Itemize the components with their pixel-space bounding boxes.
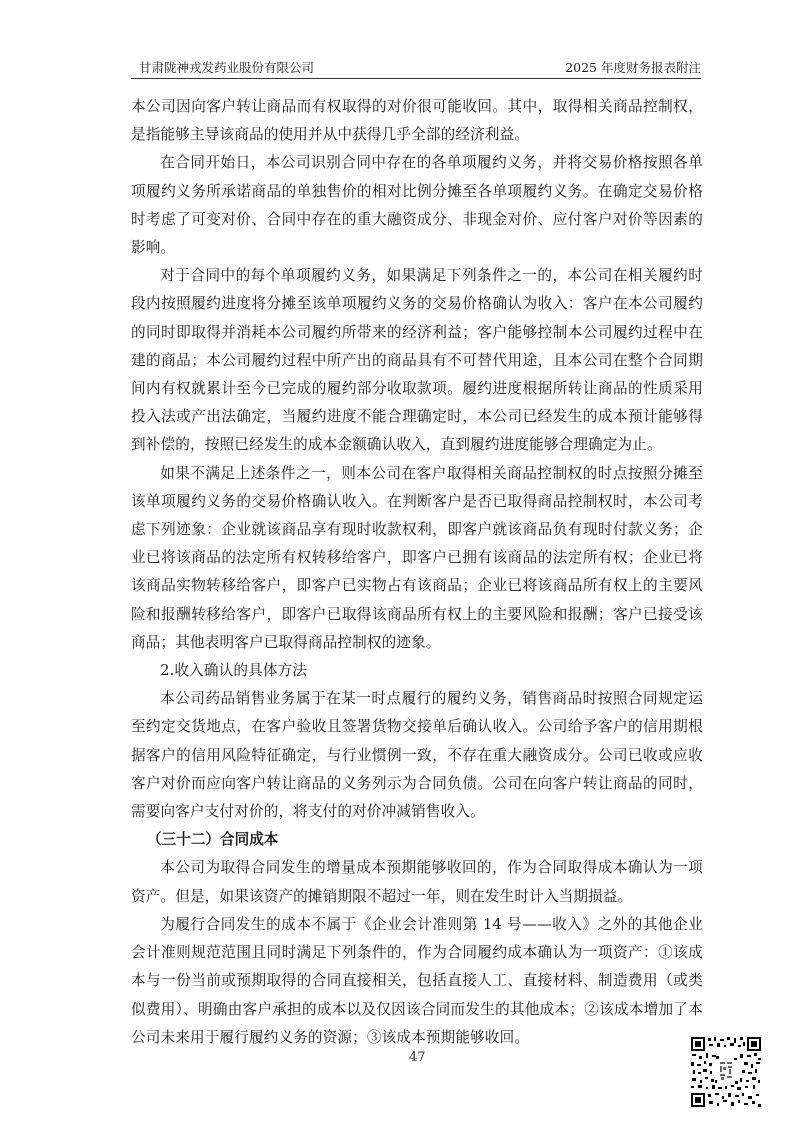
paragraph-point-in-time: 如果不满足上述条件之一，则本公司在客户取得相关商品控制权的时点按照分摊至该单项履…: [131, 460, 703, 657]
company-name: 甘肃陇神戎发药业股份有限公司: [139, 58, 314, 76]
paragraph-control-definition: 本公司因向客户转让商品而有权取得的对价很可能收回。其中，取得相关商品控制权，是指…: [131, 93, 703, 149]
document-body: 本公司因向客户转让商品而有权取得的对价很可能收回。其中，取得相关商品控制权，是指…: [131, 93, 703, 1052]
paragraph-drug-sales: 本公司药品销售业务属于在某一时点履行的履约义务，销售商品时按照合同规定运至约定交…: [131, 685, 703, 826]
report-title: 2025 年度财务报表附注: [565, 58, 701, 76]
section-heading-contract-cost: （三十二）合同成本: [131, 826, 703, 854]
paragraph-acquisition-cost: 本公司为取得合同发生的增量成本预期能够收回的，作为合同取得成本确认为一项资产。但…: [131, 854, 703, 910]
paragraph-fulfilment-cost: 为履行合同发生的成本不属于《企业会计准则第 14 号——收入》之外的其他企业会计…: [131, 911, 703, 1052]
page-number: 47: [409, 1050, 426, 1065]
page-header: 甘肃陇神戎发药业股份有限公司 2025 年度财务报表附注: [131, 56, 701, 79]
paragraph-over-time: 对于合同中的每个单项履约义务，如果满足下列条件之一的，本公司在相关履约时段内按照…: [131, 262, 703, 459]
paragraph-contract-start: 在合同开始日，本公司识别合同中存在的各单项履约义务，并将交易价格按照各单项履约义…: [131, 149, 703, 262]
qr-code-icon: [690, 1036, 762, 1108]
subheading-specific-method: 2.收入确认的具体方法: [131, 657, 703, 685]
